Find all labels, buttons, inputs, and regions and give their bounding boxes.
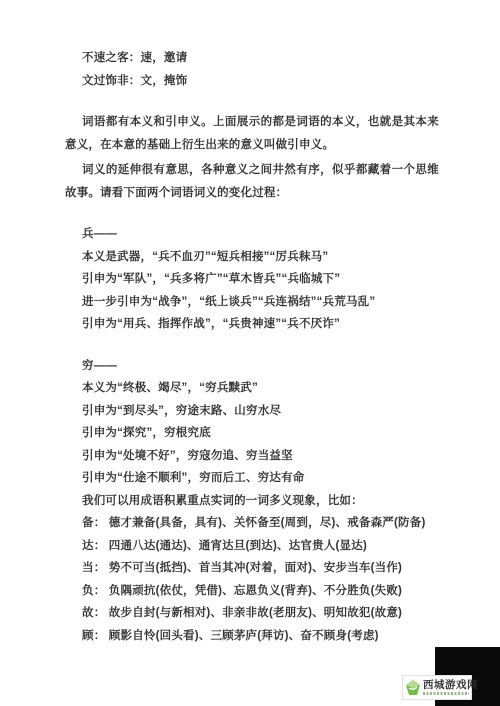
text-line: 引申为“到尽头”，穷途末路、山穷水尽: [82, 400, 439, 423]
text-line: 故： 故步自封(与新相对)、非亲非故(老朋友)、明知故犯(故意): [82, 602, 439, 625]
text-line: 词义的延伸很有意思，各种意义之间井然有序，似乎都藏着一个思维故事。请看下面两个词…: [65, 159, 439, 204]
text-line: 文过饰非：文，掩饰: [82, 70, 439, 93]
text-line: 不速之客：速，邀请: [82, 47, 439, 70]
text-line: 引申为“军队”，“兵多将广”“草木皆兵”“兵临城下”: [82, 268, 439, 291]
watermark-text-column: 西城游戏网: [423, 680, 478, 696]
text-line: 词语都有本义和引申义。上面展示的都是词语的本义，也就是其本来意义，在本意的基础上…: [65, 111, 439, 156]
watermark-badge: 西城游戏网: [402, 675, 472, 700]
watermark-subtext-line: [423, 692, 469, 695]
text-line: 达： 四通八达(通达)、通宵达旦(到达)、达官贵人(显达): [82, 535, 439, 558]
text-line: 引申为“仕途不顺利”，穷而后工、穷达有命: [82, 467, 439, 490]
text-line: 本义是武器，“兵不血刃”“短兵相接”“厉兵秣马”: [82, 246, 439, 269]
text-line: 我们可以用成语积累重点实词的一词多义现象，比如：: [82, 490, 439, 513]
document-page: 不速之客：速，邀请文过饰非：文，掩饰词语都有本义和引申义。上面展示的都是词语的本…: [0, 0, 500, 706]
text-line: 穷——: [82, 355, 439, 378]
text-line: 当： 势不可当(抵挡)、首当其冲(对着，面对)、安步当车(当作): [82, 557, 439, 580]
document-content: 不速之客：速，邀请文过饰非：文，掩饰词语都有本义和引申义。上面展示的都是词语的本…: [65, 47, 439, 647]
green-gem-leaf-icon: [405, 680, 421, 696]
text-line: 兵——: [82, 223, 439, 246]
text-line: 本义为“终极、竭尽”，“穷兵黩武”: [82, 377, 439, 400]
text-line: 进一步引申为“战争”，“纸上谈兵”“兵连祸结”“兵荒马乱”: [82, 291, 439, 314]
text-line: 顾： 顾影自怜(回头看)、三顾茅庐(拜访)、奋不顾身(考虑): [82, 625, 439, 648]
text-line: 备： 德才兼备(具备，具有)、关怀备至(周到，尽)、戒备森严(防备): [82, 512, 439, 535]
text-line: 引申为“用兵、指挥作战”，“兵贵神速”“兵不厌诈”: [82, 313, 439, 336]
text-line: 负： 负隅顽抗(依仗，凭借)、忘恩负义(背弃)、不分胜负(失败): [82, 580, 439, 603]
text-line: 引申为“探究”，穷根究底: [82, 422, 439, 445]
text-line: 引申为“处境不好”，穷寇勿追、穷当益坚: [82, 445, 439, 468]
watermark-site-name: 西城游戏网: [423, 680, 478, 691]
